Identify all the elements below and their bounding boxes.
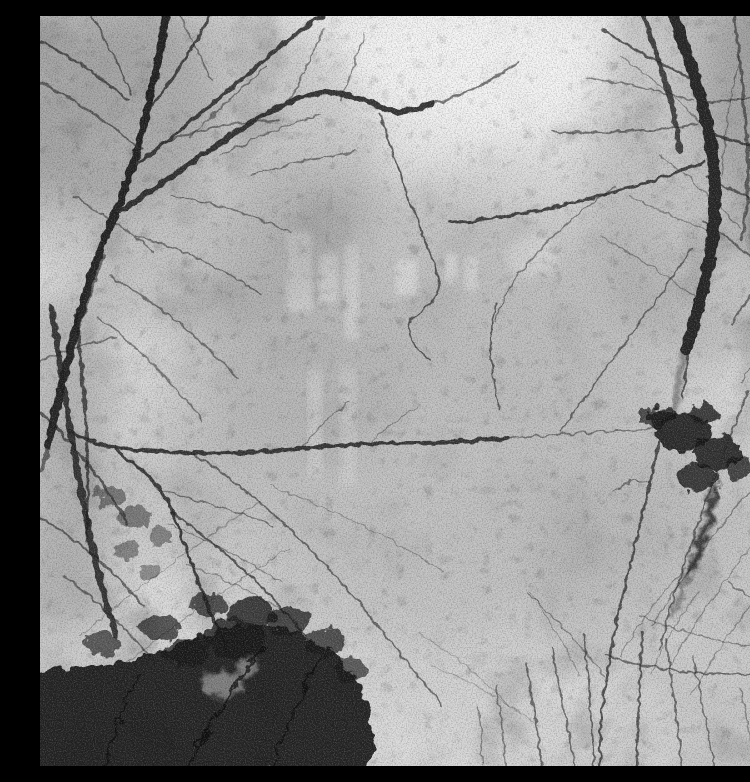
photograph: Winter branches, double exposure	[40, 16, 750, 766]
vignette	[40, 16, 750, 766]
photo-canvas: Winter branches, double exposure	[40, 16, 750, 766]
